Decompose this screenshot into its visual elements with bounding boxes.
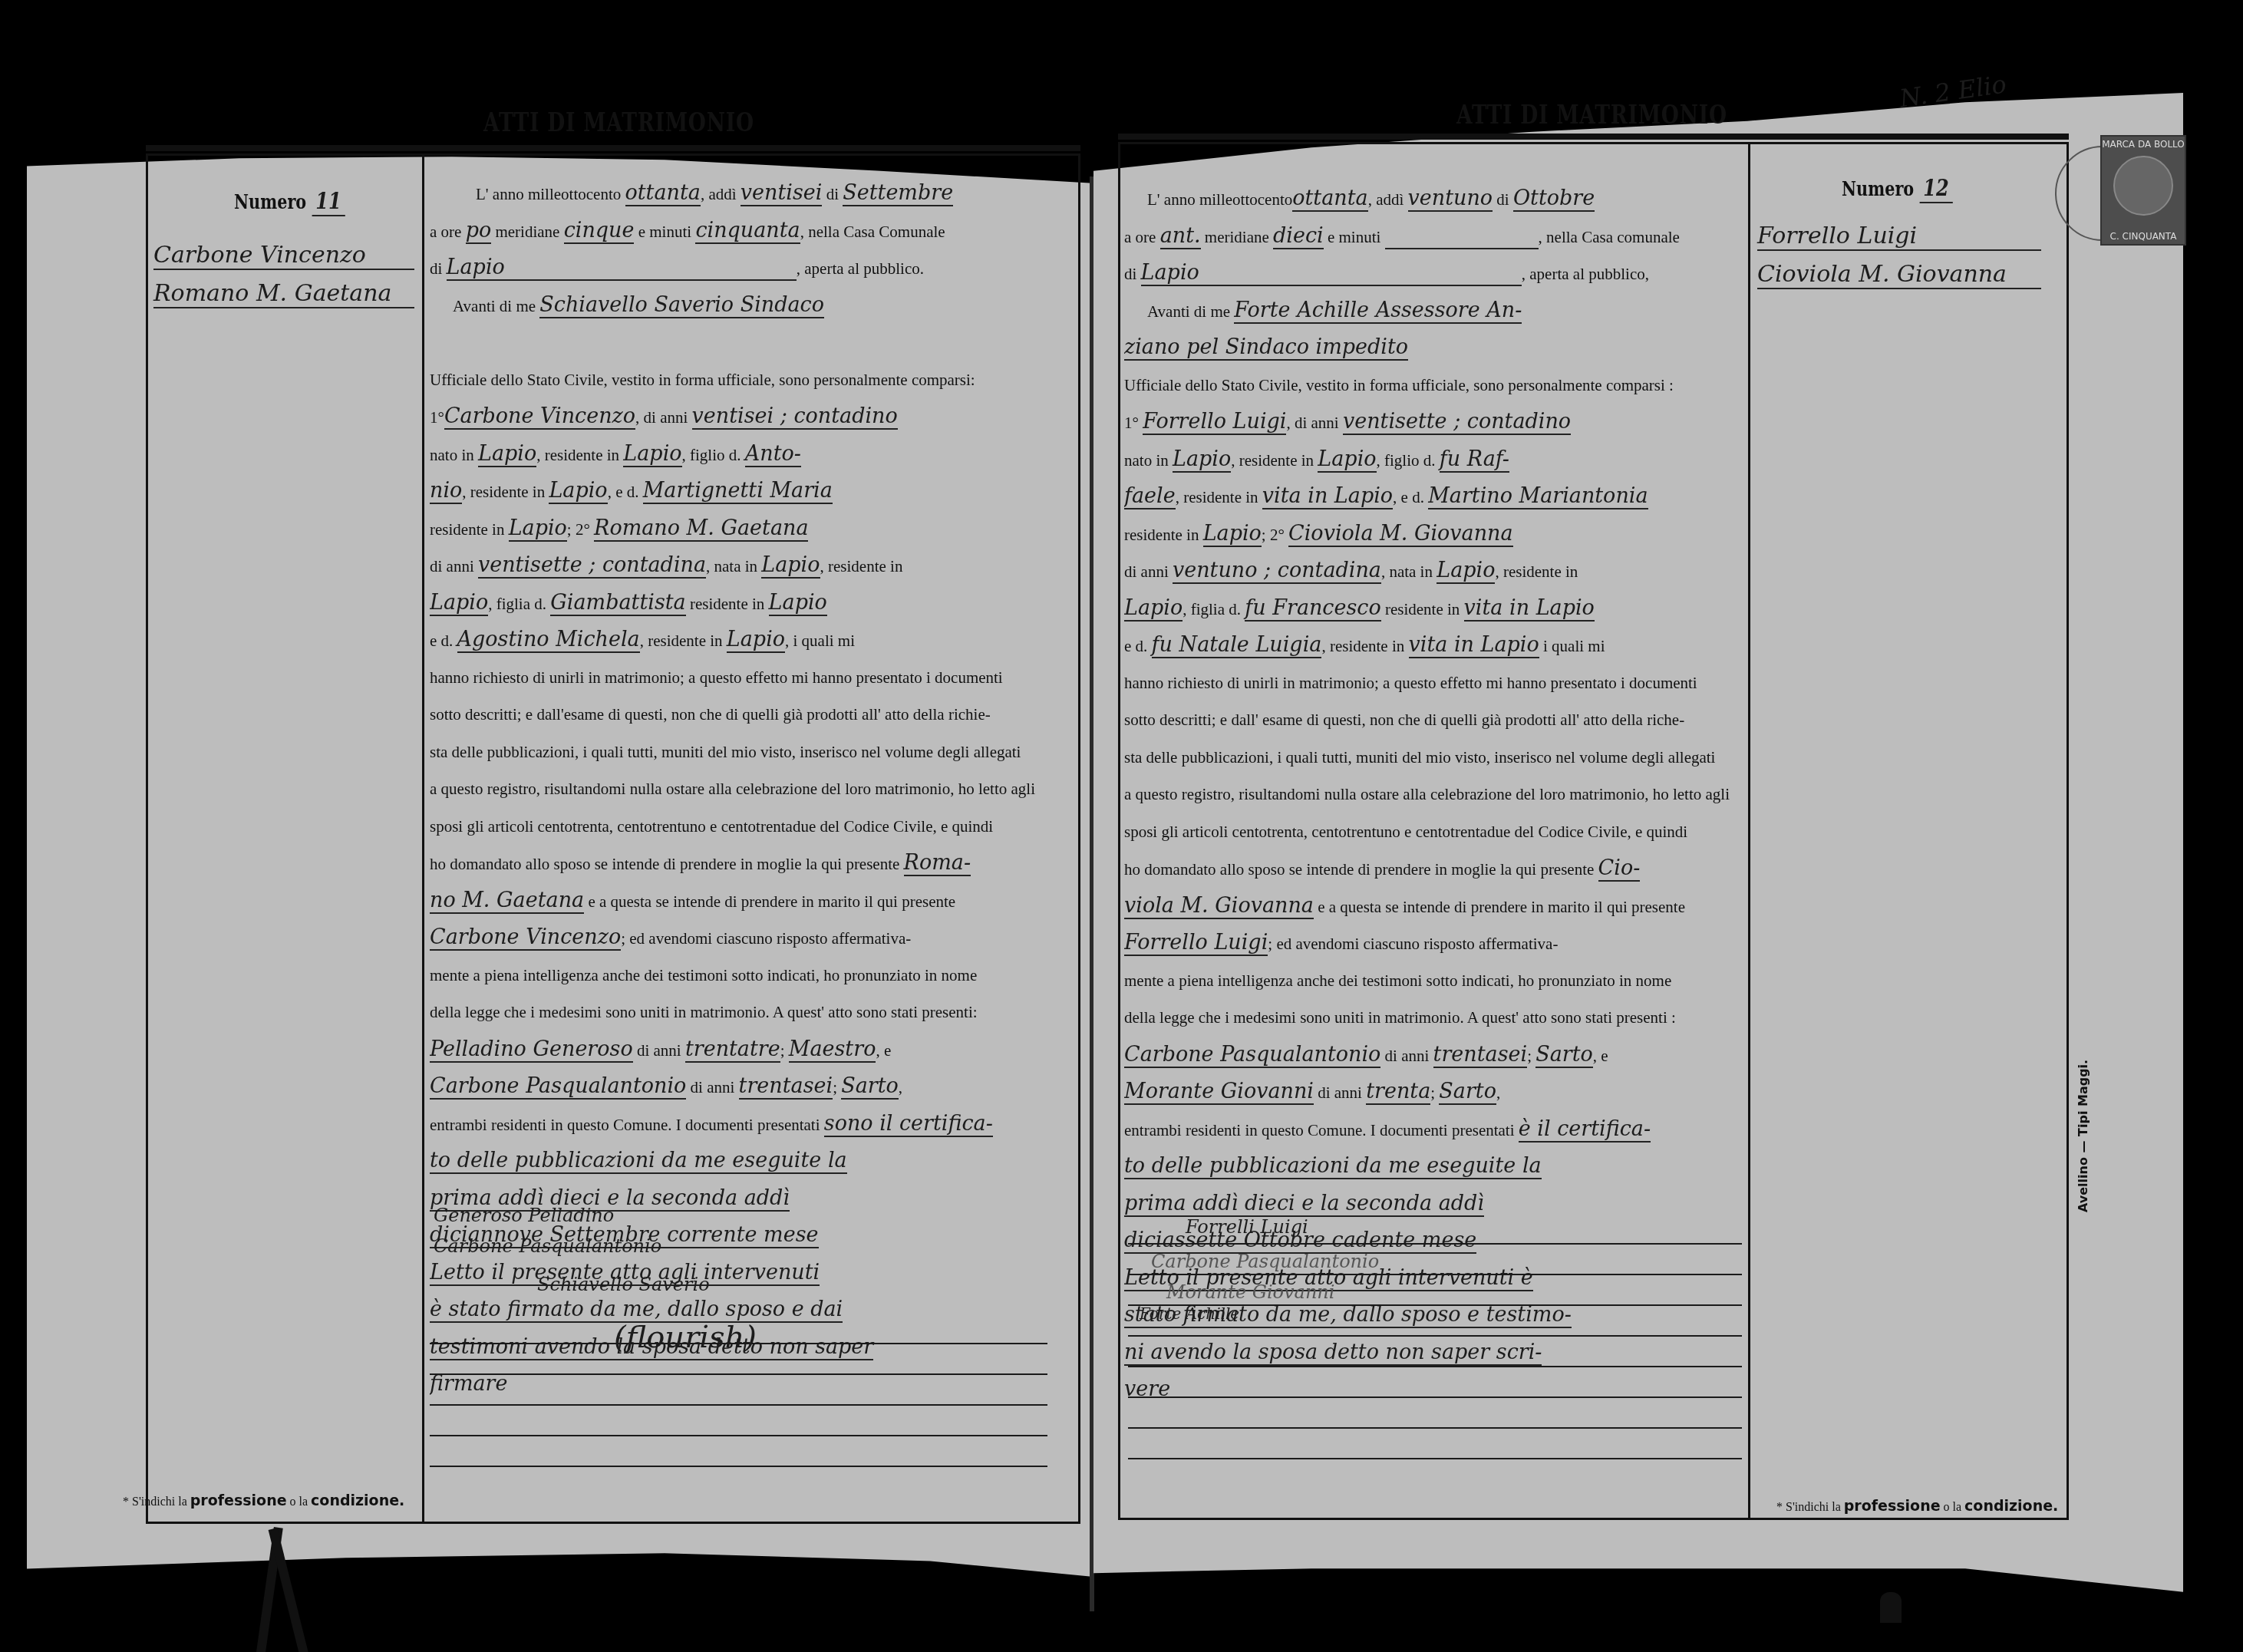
king-portrait-icon — [2113, 156, 2173, 216]
right-signature-groom: Forrelli Luigi — [1186, 1216, 1308, 1238]
revenue-stamp: MARCA DA BOLLO C. CINQUANTA — [2100, 135, 2186, 246]
bookmark-ribbon — [1880, 1592, 1902, 1623]
right-rule — [1128, 1366, 1742, 1367]
left-form-top-rule — [146, 145, 1080, 151]
left-numero-value: 11 — [312, 188, 345, 216]
left-margin-bride: Romano M. Gaetana — [153, 280, 414, 308]
right-page-title: ATTI DI MATRIMONIO — [1456, 100, 1727, 130]
right-column-divider — [1748, 144, 1750, 1518]
right-footnote: * S'indichi la professione o la condizio… — [1776, 1498, 2058, 1515]
left-rule — [430, 1373, 1047, 1375]
left-margin-groom: Carbone Vincenzo — [153, 242, 414, 270]
left-rule — [430, 1466, 1047, 1467]
right-rule — [1128, 1274, 1742, 1275]
left-column-divider — [422, 156, 424, 1522]
left-page-title: ATTI DI MATRIMONIO — [483, 107, 754, 138]
right-signature-witness-1: Carbone Pasqualantonio — [1151, 1251, 1379, 1272]
left-rule — [430, 1435, 1047, 1436]
right-numero-value: 12 — [1919, 175, 1952, 203]
printer-credit: Avellino — Tipi Maggi. — [2076, 1060, 2090, 1212]
left-rule — [430, 1404, 1047, 1406]
left-signature-officer: Schiavello Saverio — [537, 1274, 710, 1295]
right-margin-bride: Cioviola M. Giovanna — [1757, 261, 2041, 289]
right-signature-officer: Forte Achille — [1140, 1304, 1239, 1323]
right-form-top-rule — [1118, 134, 2069, 140]
right-rule — [1128, 1396, 1742, 1398]
left-signature-witness-2: Carbone Pasqualantonio — [434, 1235, 661, 1257]
stamp-value: C. CINQUANTA — [2102, 231, 2185, 242]
stamp-header: MARCA DA BOLLO — [2102, 139, 2185, 150]
right-margin-groom: Forrello Luigi — [1757, 223, 2041, 251]
right-rule — [1128, 1427, 1742, 1429]
left-footnote: * S'indichi la professione o la condizio… — [123, 1492, 404, 1509]
right-signature-witness-2: Morante Giovanni — [1166, 1281, 1335, 1303]
right-rule — [1128, 1243, 1742, 1245]
right-rule — [1128, 1458, 1742, 1459]
right-numero: Numero 12 — [1842, 175, 1952, 202]
left-numero: Numero 11 — [234, 188, 345, 215]
left-signature-flourish: (flourish) — [614, 1320, 757, 1355]
left-signature-witness-1: Generoso Pelladino — [434, 1205, 614, 1226]
right-rule — [1128, 1335, 1742, 1337]
